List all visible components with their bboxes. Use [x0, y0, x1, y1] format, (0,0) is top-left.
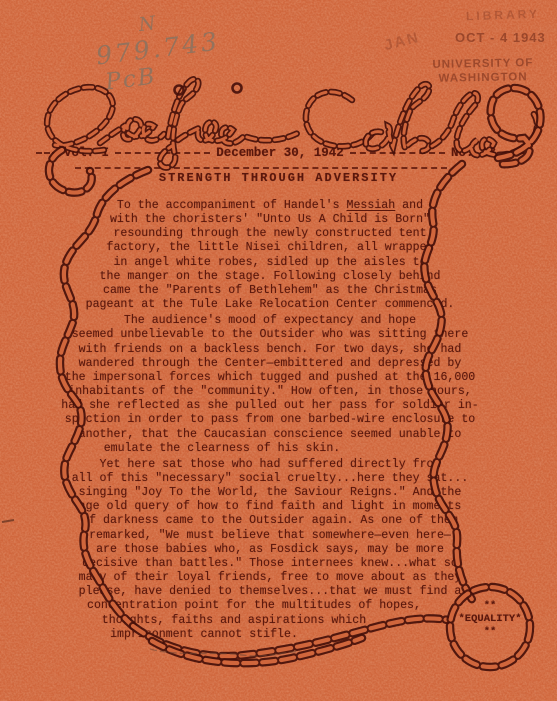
paragraph: Yet here sat those who had suffered dire… — [38, 458, 502, 642]
jan-stamp: JAN — [382, 29, 421, 54]
body-line: spection in order to pass from one barbe… — [38, 413, 502, 427]
body-line: inhabitants of the "community." How ofte… — [38, 385, 502, 399]
body-line: Yet here sat those who had suffered dire… — [38, 458, 502, 472]
issue-date: December 30, 1942 — [216, 146, 344, 160]
body-line: seemed unbelievable to the Outsider who … — [38, 328, 502, 342]
body-line: singing "Joy To the World, the Saviour R… — [38, 486, 502, 500]
body-line: wandered through the Center—embittered a… — [38, 357, 502, 371]
newsletter-title: Pacific Cable — [55, 86, 545, 152]
body-line: remarked, "We must believe that somewher… — [38, 529, 502, 543]
masthead: Vol. I December 30, 1942 No. 13 — [30, 146, 530, 160]
body-line: the manger on the stage. Following close… — [38, 270, 502, 284]
body-line: To the accompaniment of Handel's Messiah… — [38, 199, 502, 213]
issue-number: No. 13 — [451, 146, 496, 160]
body-line: pageant at the Tule Lake Relocation Cent… — [38, 298, 502, 312]
body-line: imprisonment cannot stifle. — [0, 628, 436, 642]
masthead-rule-bottom — [75, 167, 447, 169]
university-stamp-line: WASHINGTON — [428, 71, 538, 86]
masthead-dash — [36, 152, 58, 154]
library-stamp: LIBRARY — [466, 7, 540, 24]
article-headline: STRENGTH THROUGH ADVERSITY — [0, 171, 557, 185]
badge-asterisks: ** — [448, 600, 532, 613]
body-line: resounding through the newly constructed… — [38, 227, 502, 241]
stray-mark — [2, 520, 14, 522]
paragraph: The audience's mood of expectancy and ho… — [38, 314, 502, 456]
body-line: concentration point for the multitudes o… — [22, 599, 486, 613]
masthead-dash — [115, 152, 210, 154]
body-line: the impersonal forces which tugged and p… — [38, 371, 502, 385]
body-line: another, that the Caucasian conscience s… — [38, 428, 502, 442]
article-body: To the accompaniment of Handel's Messiah… — [38, 199, 502, 644]
newsletter-page: N 979.743 PcB LIBRARY JAN OCT - 4 1943 U… — [0, 0, 557, 701]
body-line: of darkness came to the Outsider again. … — [38, 514, 502, 528]
faint-scribble — [150, 649, 300, 656]
body-line: The audience's mood of expectancy and ho… — [38, 314, 502, 328]
body-line: had she reflected as she pulled out her … — [38, 399, 502, 413]
volume-label: Vol. I — [64, 146, 109, 160]
body-line: emulate the clearness of his skin. — [0, 442, 454, 456]
masthead-dash — [350, 152, 445, 154]
university-stamp: UNIVERSITY OF WASHINGTON — [428, 57, 538, 86]
pencil-call-number: N 979.743 PcB — [92, 5, 225, 97]
equality-badge: ** *EQUALITY* ** — [448, 600, 532, 639]
paragraph: To the accompaniment of Handel's Messiah… — [38, 199, 502, 312]
badge-asterisks: ** — [448, 626, 532, 639]
body-line: please, have denied to themselves...that… — [38, 585, 502, 599]
university-stamp-line: UNIVERSITY OF — [428, 57, 538, 72]
body-line: are those babies who, as Fosdick says, m… — [38, 543, 502, 557]
body-line: many of their loyal friends, free to mov… — [38, 571, 502, 585]
body-line: all of this "necessary" social cruelty..… — [38, 472, 502, 486]
body-line: thoughts, faiths and aspirations which — [2, 614, 466, 628]
body-line: age old query of how to find faith and l… — [38, 500, 502, 514]
body-line: in angel white robes, sidled up the aisl… — [38, 256, 502, 270]
body-line: with the choristers' "Unto Us A Child is… — [38, 213, 502, 227]
date-received-stamp: OCT - 4 1943 — [455, 30, 546, 45]
body-line: with friends on a backless bench. For tw… — [38, 343, 502, 357]
body-line: came the "Parents of Bethlehem" as the C… — [38, 284, 502, 298]
body-line: decisive than battles." Those internees … — [38, 557, 502, 571]
masthead-dash — [502, 152, 524, 154]
badge-label: *EQUALITY* — [448, 613, 532, 626]
body-line: factory, the little Nisei children, all … — [38, 241, 502, 255]
